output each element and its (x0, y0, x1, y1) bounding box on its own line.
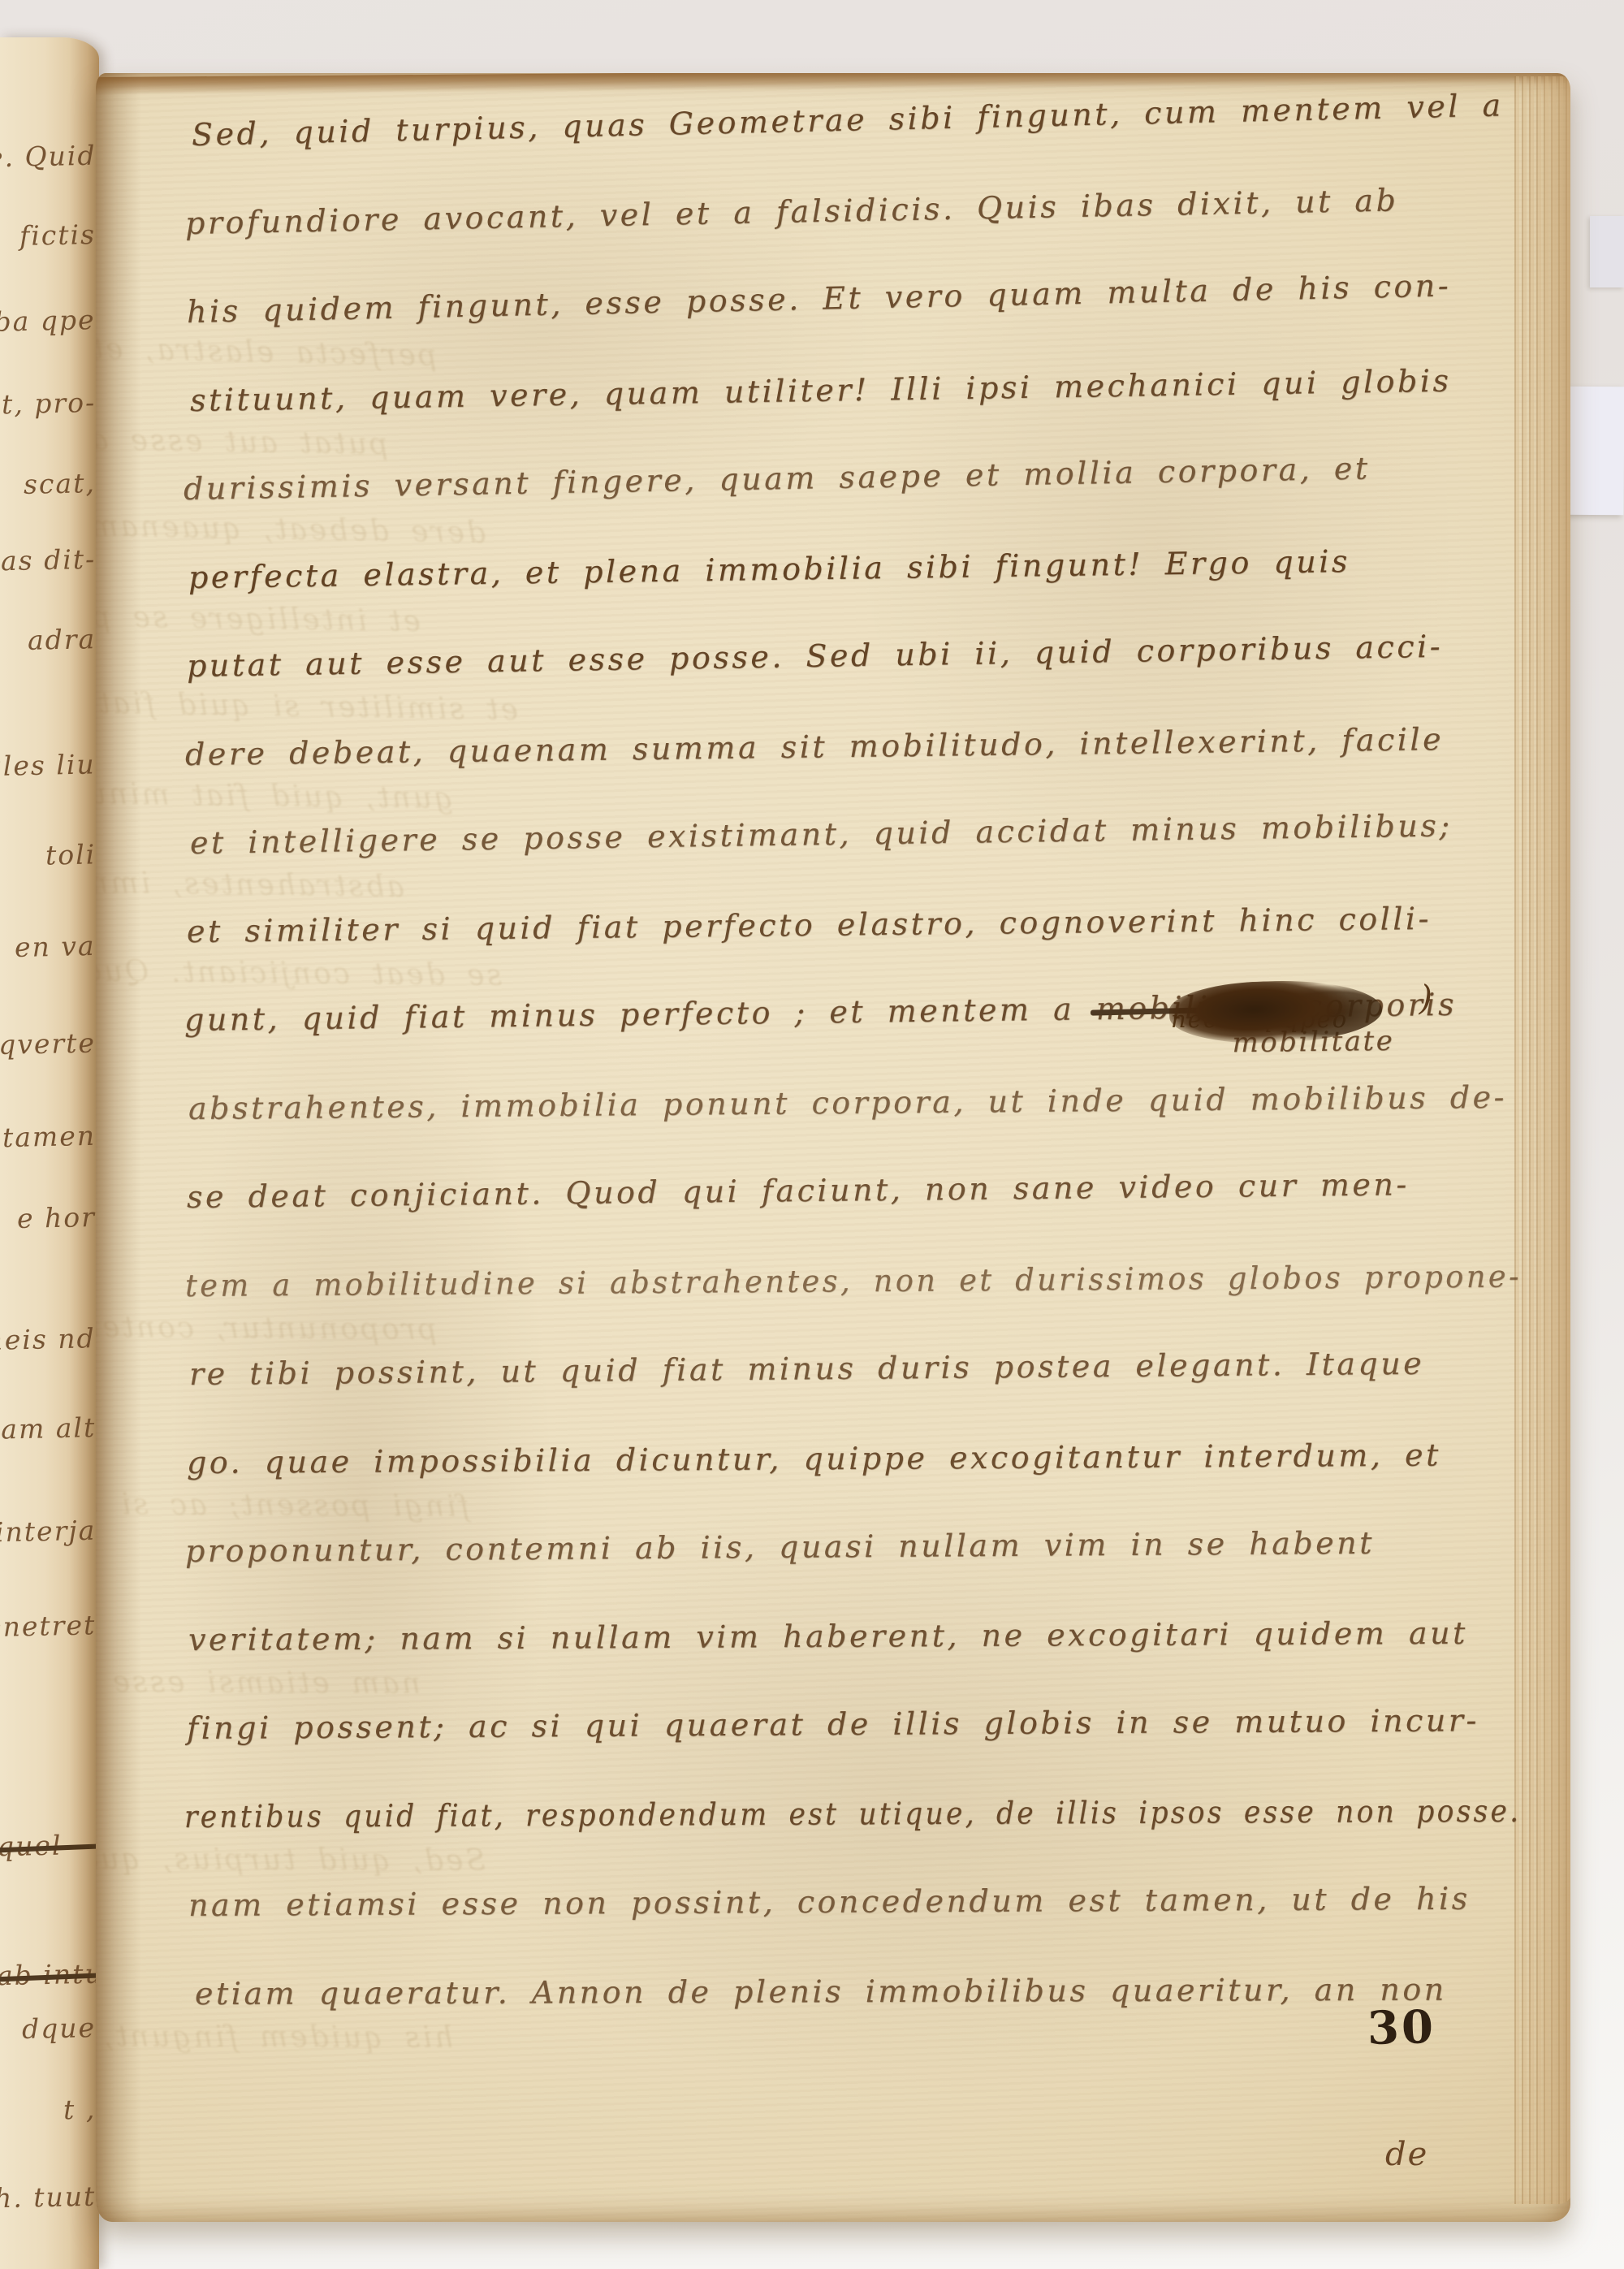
margin-fragment: agles liu (0, 748, 96, 782)
paper-tab-upper (1590, 216, 1624, 287)
text-line: veritatem; nam si nullam vim haberent, n… (188, 1615, 1468, 1657)
text-line: go. quae impossibilia dicuntur, quippe e… (187, 1437, 1441, 1480)
text-line: nam etiamsi esse non possint, concedendu… (188, 1881, 1471, 1923)
page-number: 30 (1367, 2000, 1436, 2055)
ink-smear (1168, 977, 1383, 1046)
text-line: his quidem fingunt, esse posse. Et vero … (187, 267, 1452, 330)
text-line: putat aut esse aut esse posse. Sed ubi i… (187, 629, 1444, 684)
margin-fragment: squam alt (0, 1411, 96, 1446)
margin-fragment: e. Quid (0, 140, 96, 174)
text-line: etiam quaeratur. Annon de plenis immobil… (195, 1972, 1447, 2012)
text-line: re tibi possint, ut quid fiat minus duri… (189, 1346, 1425, 1392)
margin-fragment: en va (15, 930, 96, 963)
margin-fragment: og ba qpe (0, 304, 96, 339)
margin-fragment: fictis (19, 218, 97, 252)
facing-page-edge: e. Quidfictisog ba qpetuunt, pro-scat,as… (0, 37, 99, 2269)
margin-fragment-struck: quel (0, 1829, 96, 1863)
ink-blot-correction: neolesq qpeo ) (1169, 986, 1390, 1041)
margin-fragment: tamen (2, 1120, 97, 1153)
manuscript-photograph: e. Quidfictisog ba qpetuunt, pro-scat,as… (0, 0, 1624, 2269)
margin-fragment: gqverte (0, 1027, 96, 1061)
text-line: tem a mobilitudine si abstrahentes, non … (185, 1259, 1522, 1303)
catchword: de (1385, 2136, 1428, 2173)
text-line: proponuntur, contemni ab iis, quasi null… (185, 1525, 1375, 1569)
handwritten-text-block: Sed, quid turpius, quas Geometrae sibi f… (96, 73, 1570, 2222)
text-line: et similiter si quid fiat perfecto elast… (187, 901, 1432, 949)
text-segment: gunt, quid fiat minus perfecto ; et ment… (184, 991, 1096, 1038)
margin-fragment: tuunt, pro- (0, 387, 96, 421)
margin-fragment: scat, (24, 467, 97, 500)
margin-fragment: dque (22, 2012, 97, 2045)
margin-fragment: toli (45, 838, 96, 871)
margin-fragment: ntheis nd (0, 1322, 96, 1357)
margin-fragment: penetret (0, 1609, 96, 1643)
margin-fragment: as dit- (0, 543, 96, 577)
margin-fragment: t , (63, 2094, 96, 2126)
text-line: durissimis versant fingere, quam saepe e… (184, 450, 1371, 507)
text-line: abstrahentes, immobilia ponunt corpora, … (188, 1079, 1507, 1126)
margin-fragment: e hor (17, 1201, 97, 1234)
facing-page-fragments: e. Quidfictisog ba qpetuunt, pro-scat,as… (0, 37, 99, 101)
correction-mark: ) (1419, 978, 1432, 1018)
text-line: et intelligere se posse existimant, quid… (190, 807, 1453, 861)
text-line: Sed, quid turpius, quas Geometrae sibi f… (192, 87, 1505, 153)
text-line: dere debeat, quaenam summa sit mobilitud… (185, 721, 1445, 772)
text-line: stituunt, quam vere, quam utiliter! Illi… (190, 363, 1452, 418)
margin-fragment-struck: ab intu (0, 1958, 96, 1992)
margin-fragment: h. tuut (0, 2180, 96, 2215)
margin-fragment: adra (27, 623, 96, 656)
text-line: se deat conjiciant. Quod qui faciunt, no… (187, 1166, 1410, 1215)
margin-fragment: interja (0, 1515, 96, 1549)
text-line: profundiore avocant, vel et a falsidicis… (185, 182, 1399, 241)
manuscript-page: perfecta elastra, et plena immobilia sib… (96, 73, 1570, 2222)
text-line: perfecta elastra, et plena immobilia sib… (188, 543, 1350, 595)
text-line: rentibus quid fiat, respondendum est uti… (184, 1793, 1521, 1835)
text-line: fingi possent; ac si qui quaerat de illi… (187, 1702, 1479, 1746)
